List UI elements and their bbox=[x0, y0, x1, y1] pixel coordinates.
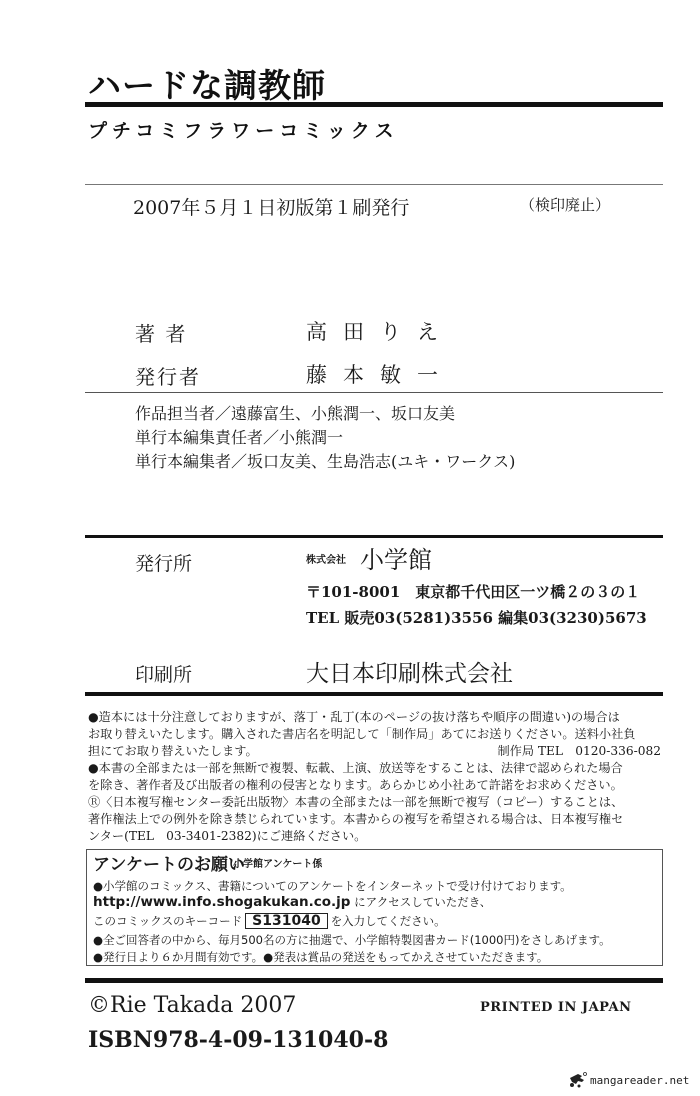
divider bbox=[85, 535, 663, 538]
printer-name: 大日本印刷株式会社 bbox=[306, 655, 513, 688]
survey-title: アンケートのお願い bbox=[93, 850, 245, 875]
author-name: 高田りえ bbox=[306, 316, 454, 346]
publisher-name: 小学館 bbox=[360, 540, 432, 575]
survey-url[interactable]: http://www.info.shogakukan.co.jp bbox=[93, 894, 350, 910]
printed-in-japan: PRINTED IN JAPAN bbox=[480, 1000, 631, 1015]
notice-line: ●造本には十分注意しておりますが、落丁・乱丁(本のページの抜け落ちや順序の間違い… bbox=[88, 709, 663, 726]
author-label: 著 者 bbox=[135, 318, 187, 347]
series-name: プチコミフラワーコミックス bbox=[88, 116, 399, 143]
notice-line: 担にてお取り替えいたします。 bbox=[88, 744, 258, 758]
copyright: ©Rie Takada 2007 bbox=[88, 993, 296, 1018]
staff-line: 作品担当者／遠藤富生、小熊潤一、坂口友美 bbox=[135, 403, 455, 425]
staff-line: 単行本編集責任者／小熊潤一 bbox=[135, 427, 343, 449]
divider bbox=[85, 978, 663, 983]
notice-block: ●造本には十分注意しておりますが、落丁・乱丁(本のページの抜け落ちや順序の間違い… bbox=[88, 709, 663, 845]
publisher-label: 発行所 bbox=[135, 549, 192, 576]
survey-line: ●全ご回答者の中から、毎月500名の方に抽選で、小学館特製図書カード(1000円… bbox=[93, 932, 611, 948]
company-prefix: 株式会社 bbox=[306, 551, 346, 566]
divider bbox=[85, 692, 663, 696]
publisher-address: 〒101-8001 東京都千代田区一ツ橋２の３の１ bbox=[306, 581, 640, 602]
keycode-box: S131040 bbox=[245, 913, 328, 929]
notice-line: お取り替えいたします。購入された書店名を明記して「制作局」あてにお送りください。… bbox=[88, 726, 663, 743]
divider bbox=[85, 184, 663, 185]
survey-line: このコミックスのキーコードS131040を入力してください。 bbox=[93, 913, 446, 929]
notice-line: ●本書の全部または一部を無断で複製、転載、上演、放送等をすることは、法律で認めら… bbox=[88, 760, 663, 777]
survey-line: ●小学館のコミックス、書籍についてのアンケートをインターネットで受け付けておりま… bbox=[93, 878, 572, 894]
book-title: ハードな調教師 bbox=[88, 60, 326, 107]
publisher-person-name: 藤本敏一 bbox=[306, 359, 454, 389]
seal-note: （検印廃止） bbox=[520, 194, 610, 215]
survey-line-suffix: にアクセスしていただき、 bbox=[350, 895, 491, 909]
keycode-suffix: を入力してください。 bbox=[331, 914, 446, 928]
watermark-logo-icon bbox=[568, 1072, 588, 1088]
survey-dept: 小学館アンケート係 bbox=[233, 855, 322, 870]
publication-date: 2007年５月１日初版第１刷発行 bbox=[133, 193, 409, 220]
notice-line: 著作権法上での例外を除き禁じられています。本書からの複写を希望される場合は、日本… bbox=[88, 811, 663, 828]
notice-line: を除き、著作者及び出版者の権利の侵害となります。あらかじめ小社あて許諾をお求めく… bbox=[88, 777, 663, 794]
watermark: mangareader.net bbox=[568, 1072, 689, 1088]
survey-box: アンケートのお願い 小学館アンケート係 ●小学館のコミックス、書籍についてのアン… bbox=[86, 849, 663, 966]
publisher-tel: TEL 販売03(5281)3556 編集03(3230)5673 bbox=[306, 607, 647, 628]
survey-line: http://www.info.shogakukan.co.jp にアクセスして… bbox=[93, 894, 491, 910]
title-rule bbox=[85, 102, 663, 107]
divider bbox=[85, 392, 663, 393]
publisher-person-label: 発行者 bbox=[135, 361, 201, 390]
watermark-text: mangareader.net bbox=[590, 1074, 689, 1087]
keycode-label: このコミックスのキーコード bbox=[93, 914, 242, 928]
notice-line: Ⓡ〈日本複写権センター委託出版物〉本書の全部または一部を無断で複写（コピー）する… bbox=[88, 794, 663, 811]
notice-line: ンター(TEL 03-3401-2382)にご連絡ください。 bbox=[88, 828, 663, 845]
production-tel: 制作局 TEL 0120-336-082 bbox=[497, 743, 661, 760]
survey-line: ●発行日より６か月間有効です。●発表は賞品の発送をもってかえさせていただきます。 bbox=[93, 949, 548, 965]
printer-label: 印刷所 bbox=[135, 660, 192, 687]
staff-line: 単行本編集者／坂口友美、生島浩志(ユキ・ワークス) bbox=[135, 451, 515, 473]
isbn: ISBN978-4-09-131040-8 bbox=[88, 1027, 388, 1053]
